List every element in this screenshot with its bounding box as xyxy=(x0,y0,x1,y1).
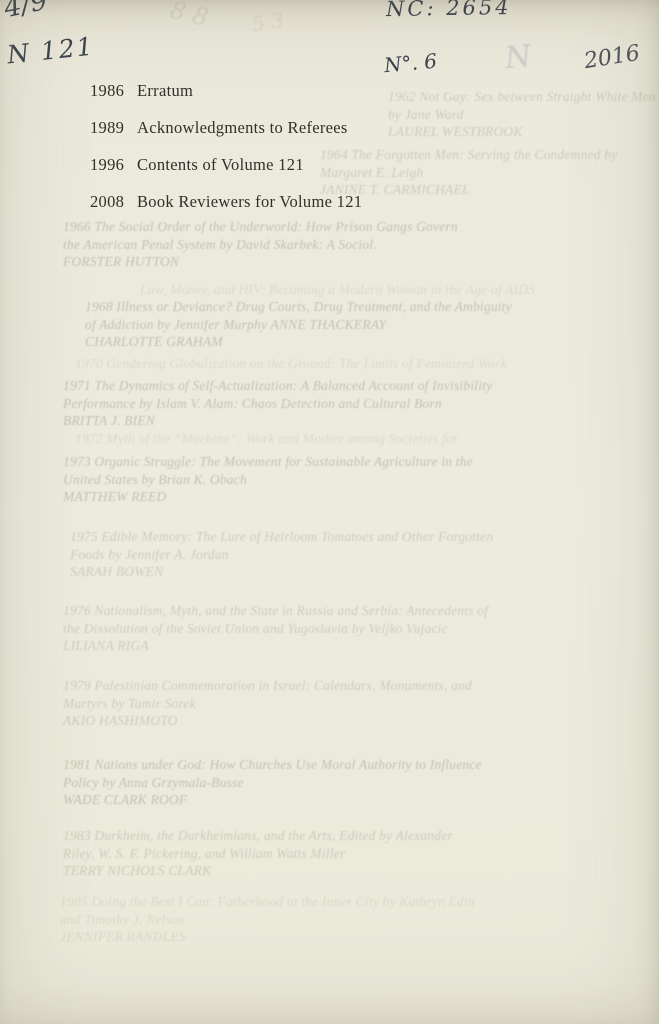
page-number: 1986 xyxy=(90,82,128,99)
ghost-entry: 1968 Illness or Deviance? Drug Courts, D… xyxy=(85,298,575,351)
ghost-entry: 1985 Doing the Best I Can: Fatherhood in… xyxy=(60,893,625,946)
handwritten-catalog-number: NC: 2654 xyxy=(386,0,512,21)
scanned-contents-page: 1962 Not Gay: Sex between Straight White… xyxy=(0,0,659,1024)
ghost-line: Law, Money, and HIV: Becoming a Modern W… xyxy=(140,281,570,299)
contents-entry: 2008 Book Reviewers for Volume 121 xyxy=(90,193,362,210)
contents-entry: 1996 Contents of Volume 121 xyxy=(90,156,362,173)
pencil-smudge: 8 8 xyxy=(167,0,211,32)
contents-list: 1986 Erratum 1989 Acknowledgments to Ref… xyxy=(90,82,362,230)
pencil-smudge: 5 3 xyxy=(250,8,285,36)
page-number: 1996 xyxy=(90,156,128,173)
ghost-entry: 1975 Edible Memory: The Lure of Heirloom… xyxy=(70,528,595,581)
handwritten-fraction: 4/9 xyxy=(1,0,50,24)
page-number: 1989 xyxy=(90,119,128,136)
ghost-entry: 1979 Palestinian Commemoration in Israel… xyxy=(63,677,608,730)
entry-title: Acknowledgments to Referees xyxy=(137,119,348,136)
ink-ghost-mark: N xyxy=(503,39,533,77)
ghost-entry: 1983 Durkheim, the Durkheimians, and the… xyxy=(63,827,628,880)
handwritten-issue-number: N°. 6 xyxy=(383,49,438,78)
ghost-entry: 1976 Nationalism, Myth, and the State in… xyxy=(63,602,608,655)
entry-title: Erratum xyxy=(137,82,193,99)
contents-entry: 1986 Erratum xyxy=(90,82,362,99)
entry-title: Book Reviewers for Volume 121 xyxy=(137,193,362,210)
entry-title: Contents of Volume 121 xyxy=(137,156,304,173)
ghost-entry: 1971 The Dynamics of Self-Actualization:… xyxy=(63,377,568,430)
ghost-entry: 1962 Not Gay: Sex between Straight White… xyxy=(388,88,659,141)
ghost-entry: 1981 Nations under God: How Churches Use… xyxy=(63,756,618,809)
ghost-line: 1972 Myth of the “Machine”: Work and Mot… xyxy=(75,430,505,448)
handwritten-volume-number: N 121 xyxy=(6,32,96,70)
ghost-line: 1970 Gendering Globalization on the Grou… xyxy=(75,355,555,373)
contents-entry: 1989 Acknowledgments to Referees xyxy=(90,119,362,136)
ghost-entry: 1964 The Forgotten Men: Serving the Cond… xyxy=(320,146,640,199)
ghost-entry: 1973 Organic Struggle: The Movement for … xyxy=(63,453,568,506)
page-number: 2008 xyxy=(90,193,128,210)
handwritten-year: 2016 xyxy=(582,41,641,74)
